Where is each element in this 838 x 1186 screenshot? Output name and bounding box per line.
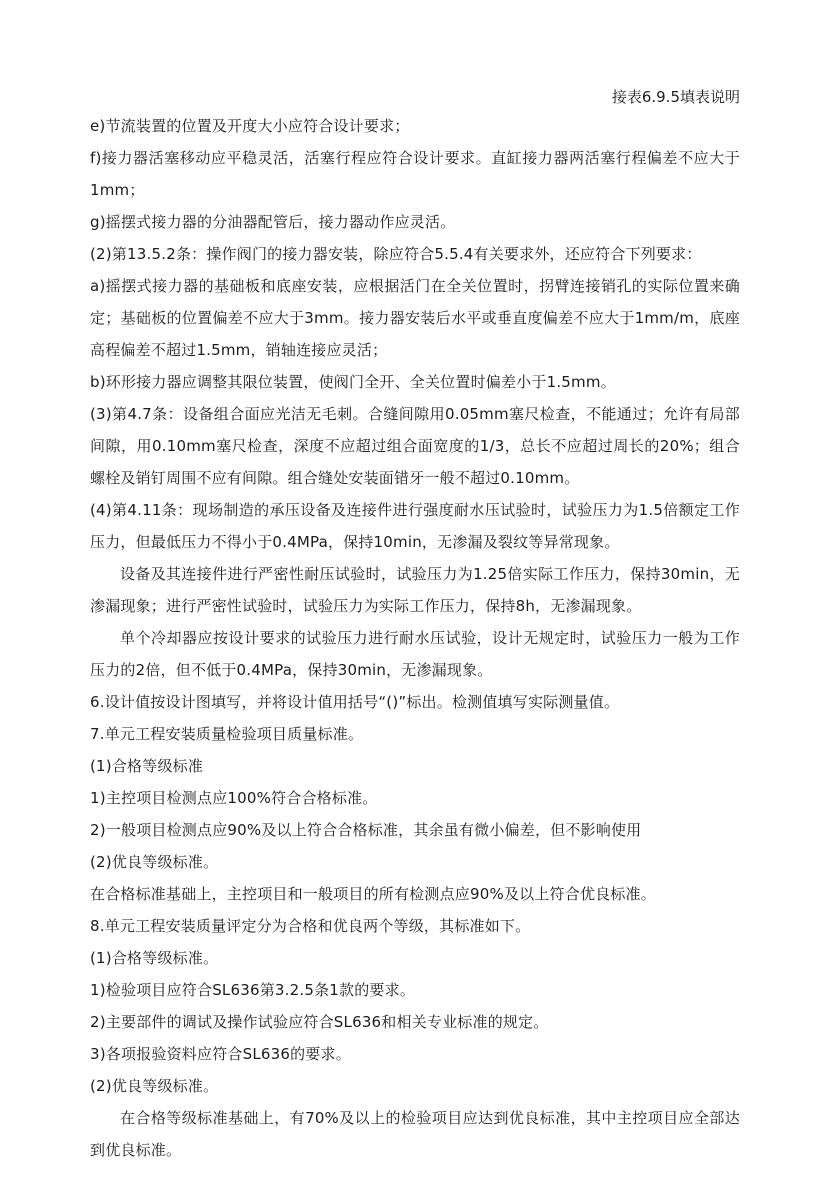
paragraph: (2)优良等级标准。 <box>90 846 740 878</box>
paragraph: 在合格等级标准基础上，有70%及以上的检验项目应达到优良标准，其中主控项目应全部… <box>90 1102 740 1166</box>
paragraph: g)摇摆式接力器的分油器配管后，接力器动作应灵活。 <box>90 206 740 238</box>
document-body: e)节流装置的位置及开度大小应符合设计要求；f)接力器活塞移动应平稳灵活，活塞行… <box>90 110 740 1166</box>
paragraph: a)摇摆式接力器的基础板和底座安装，应根据活门在全关位置时，拐臂连接销孔的实际位… <box>90 270 740 366</box>
paragraph: (1)合格等级标准 <box>90 750 740 782</box>
paragraph: 6.设计值按设计图填写，并将设计值用括号“()”标出。检测值填写实际测量值。 <box>90 686 740 718</box>
paragraph: (2)第13.5.2条：操作阀门的接力器安装，除应符合5.5.4有关要求外，还应… <box>90 238 740 270</box>
paragraph: b)环形接力器应调整其限位装置，使阀门全开、全关位置时偏差小于1.5mm。 <box>90 366 740 398</box>
paragraph: (3)第4.7条：设备组合面应光洁无毛刺。合缝间隙用0.05mm塞尺检查，不能通… <box>90 398 740 494</box>
paragraph: e)节流装置的位置及开度大小应符合设计要求； <box>90 110 740 142</box>
paragraph: 7.单元工程安装质量检验项目质量标准。 <box>90 718 740 750</box>
paragraph: 2)一般项目检测点应90%及以上符合合格标准，其余虽有微小偏差，但不影响使用 <box>90 814 740 846</box>
paragraph: 3)各项报验资料应符合SL636的要求。 <box>90 1038 740 1070</box>
paragraph: (2)优良等级标准。 <box>90 1070 740 1102</box>
paragraph: 1)检验项目应符合SL636第3.2.5条1款的要求。 <box>90 974 740 1006</box>
paragraph: 设备及其连接件进行严密性耐压试验时，试验压力为1.25倍实际工作压力，保持30m… <box>90 558 740 622</box>
paragraph: 单个冷却器应按设计要求的试验压力进行耐水压试验，设计无规定时，试验压力一般为工作… <box>90 622 740 686</box>
paragraph: 8.单元工程安装质量评定分为合格和优良两个等级，其标准如下。 <box>90 910 740 942</box>
document-page: 接表6.9.5填表说明 e)节流装置的位置及开度大小应符合设计要求；f)接力器活… <box>0 0 838 1186</box>
paragraph: 1)主控项目检测点应100%符合合格标准。 <box>90 782 740 814</box>
paragraph: 2)主要部件的调试及操作试验应符合SL636和相关专业标准的规定。 <box>90 1006 740 1038</box>
paragraph: (1)合格等级标准。 <box>90 942 740 974</box>
paragraph: 在合格标准基础上，主控项目和一般项目的所有检测点应90%及以上符合优良标准。 <box>90 878 740 910</box>
header-note: 接表6.9.5填表说明 <box>90 84 740 110</box>
paragraph: f)接力器活塞移动应平稳灵活，活塞行程应符合设计要求。直缸接力器两活塞行程偏差不… <box>90 142 740 206</box>
paragraph: (4)第4.11条：现场制造的承压设备及连接件进行强度耐水压试验时，试验压力为1… <box>90 494 740 558</box>
